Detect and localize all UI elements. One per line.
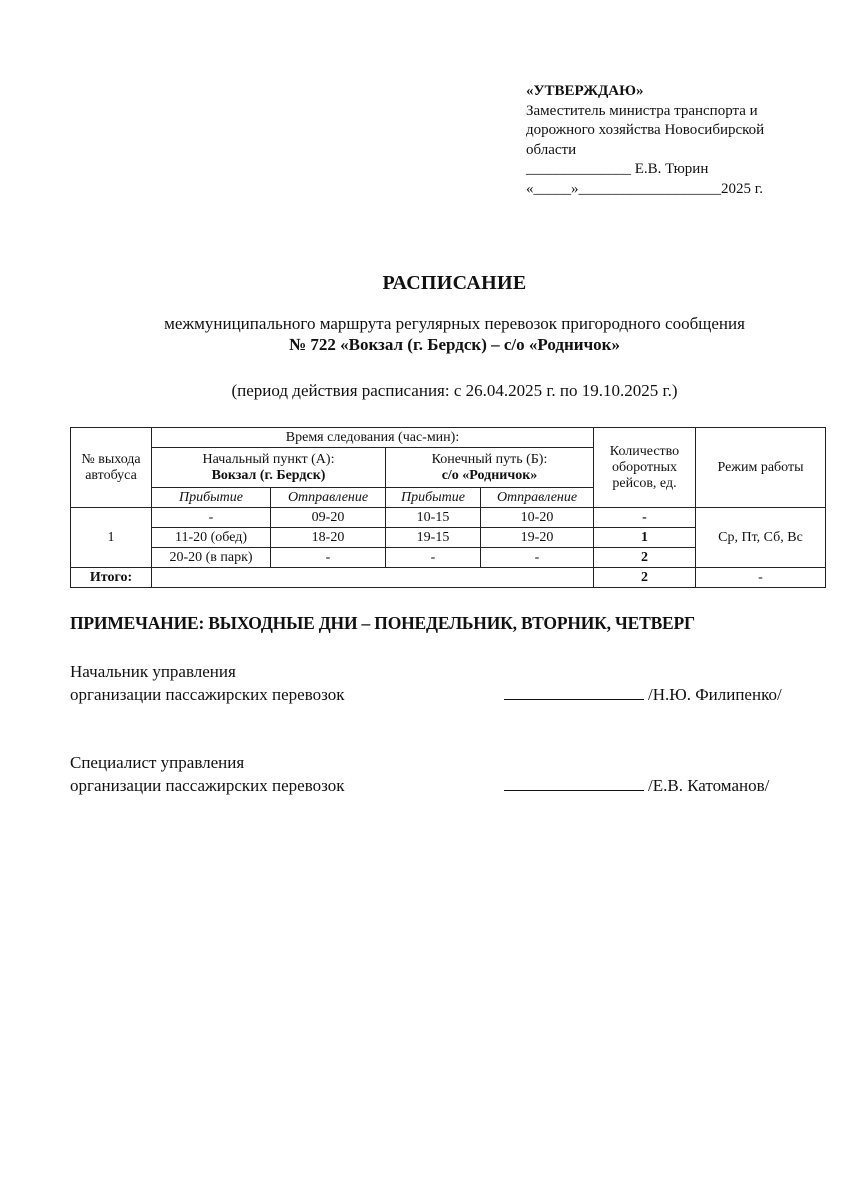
total-label: Итого: [71, 568, 152, 588]
header-b-departure: Отправление [481, 488, 594, 508]
route-name: № 722 «Вокзал (г. Бердск) – с/о «Родничо… [0, 334, 849, 355]
point-a-label: Начальный пункт (А): [154, 452, 383, 468]
signature-position: Начальник управления [70, 660, 344, 683]
cell-a-departure: 09-20 [271, 508, 386, 528]
total-mode: - [696, 568, 826, 588]
cell-b-departure: 19-20 [481, 528, 594, 548]
header-trips: Количество оборотных рейсов, ед. [594, 428, 696, 508]
cell-a-arrival: - [152, 508, 271, 528]
header-a-departure: Отправление [271, 488, 386, 508]
header-point-a: Начальный пункт (А): Вокзал (г. Бердск) [152, 448, 386, 488]
point-b-name: с/о «Родничок» [388, 468, 591, 484]
header-a-arrival: Прибытие [152, 488, 271, 508]
cell-a-arrival: 20-20 (в парк) [152, 548, 271, 568]
signatory-name: /Н.Ю. Филипенко/ [648, 685, 782, 704]
header-b-arrival: Прибытие [386, 488, 481, 508]
schedule-period: (период действия расписания: с 26.04.202… [0, 381, 849, 401]
approval-position-line: дорожного хозяйства Новосибирской [526, 121, 764, 141]
mode-value: Ср, Пт, Сб, Вс [696, 508, 826, 568]
point-b-label: Конечный путь (Б): [388, 452, 591, 468]
header-time: Время следования (час-мин): [152, 428, 594, 448]
header-mode: Режим работы [696, 428, 826, 508]
signature-department: организации пассажирских перевозок [70, 774, 344, 797]
document-title: РАСПИСАНИЕ [0, 272, 849, 295]
approval-signature: ______________ Е.В. Тюрин [526, 160, 764, 180]
approval-date: «_____»___________________2025 г. [526, 180, 764, 200]
header-exit-no: № выхода автобуса [71, 428, 152, 508]
cell-b-arrival: 19-15 [386, 528, 481, 548]
cell-a-departure: - [271, 548, 386, 568]
cell-trips: 1 [594, 528, 696, 548]
signature-blank [504, 774, 644, 791]
signatory-name: /Е.В. Катоманов/ [648, 776, 769, 795]
document-subtitle: межмуниципального маршрута регулярных пе… [0, 313, 849, 355]
approval-heading: «УТВЕРЖДАЮ» [526, 82, 764, 102]
note: ПРИМЕЧАНИЕ: ВЫХОДНЫЕ ДНИ – ПОНЕДЕЛЬНИК, … [70, 613, 695, 634]
cell-trips: 2 [594, 548, 696, 568]
point-a-name: Вокзал (г. Бердск) [154, 468, 383, 484]
cell-b-arrival: 10-15 [386, 508, 481, 528]
cell-b-departure: - [481, 548, 594, 568]
signature-blank [504, 683, 644, 700]
total-empty [152, 568, 594, 588]
signature-block-2: Специалист управления организации пассаж… [70, 751, 344, 797]
route-description: межмуниципального маршрута регулярных пе… [0, 313, 849, 334]
cell-a-departure: 18-20 [271, 528, 386, 548]
cell-b-departure: 10-20 [481, 508, 594, 528]
approval-block: «УТВЕРЖДАЮ» Заместитель министра транспо… [526, 82, 764, 199]
cell-b-arrival: - [386, 548, 481, 568]
cell-a-arrival: 11-20 (обед) [152, 528, 271, 548]
schedule-table: № выхода автобуса Время следования (час-… [70, 427, 826, 588]
signature-position: Специалист управления [70, 751, 344, 774]
signature-department: организации пассажирских перевозок [70, 683, 344, 706]
table-row: 1 - 09-20 10-15 10-20 - Ср, Пт, Сб, Вс [71, 508, 826, 528]
header-point-b: Конечный путь (Б): с/о «Родничок» [386, 448, 594, 488]
signature-line-2: /Е.В. Катоманов/ [504, 774, 769, 796]
total-trips: 2 [594, 568, 696, 588]
cell-trips: - [594, 508, 696, 528]
approval-position-line: Заместитель министра транспорта и [526, 102, 764, 122]
total-row: Итого: 2 - [71, 568, 826, 588]
approval-position-line: области [526, 141, 764, 161]
signature-block-1: Начальник управления организации пассажи… [70, 660, 344, 706]
exit-number: 1 [71, 508, 152, 568]
signature-line-1: /Н.Ю. Филипенко/ [504, 683, 782, 705]
